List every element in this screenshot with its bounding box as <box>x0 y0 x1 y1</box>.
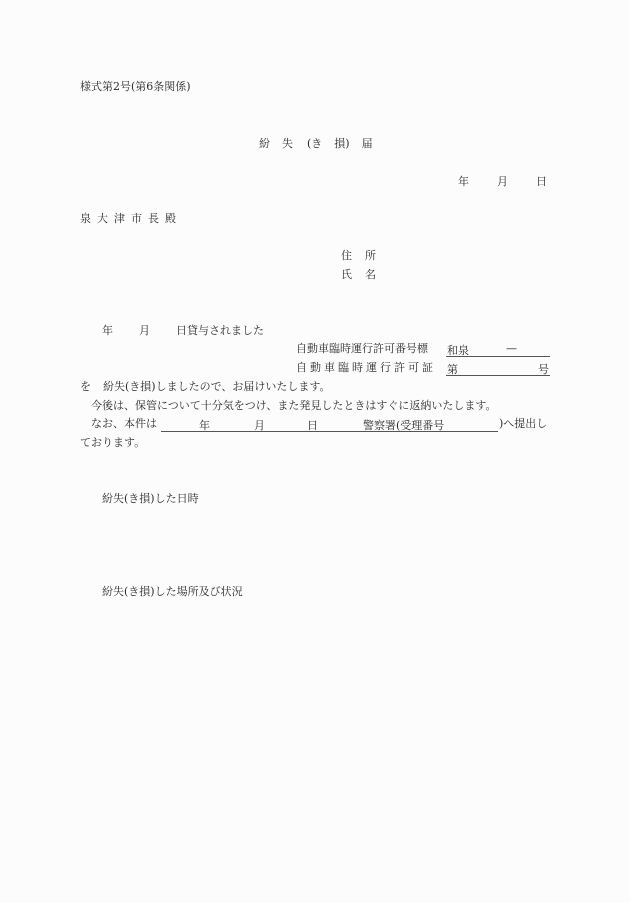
body-line-2: 今後は、保管について十分気をつけ、また発見したときはすぐに返納いたします。 <box>91 399 496 413</box>
name-label-char: 名 <box>365 268 376 281</box>
loss-place-circumstances-label: 紛失(き損)した場所及び状況 <box>102 585 243 599</box>
police-report-date-field[interactable]: 年 月 日 <box>161 417 337 432</box>
permit-label-char: 可 <box>408 361 419 374</box>
month-label: 月 <box>139 324 150 337</box>
address-label-char: 所 <box>365 249 376 262</box>
permit-label-char: 運 <box>366 361 377 374</box>
addressee-char: 市 <box>131 212 142 225</box>
name-label-char: 氏 <box>341 268 352 281</box>
particle: を <box>80 380 91 393</box>
addressee-char: 殿 <box>165 212 176 225</box>
year-label: 年 <box>458 175 469 188</box>
body-line-3-end: )へ提出し <box>499 417 547 431</box>
plate-number-field[interactable]: 和泉 — <box>446 342 550 357</box>
lent-date-line: 年月日貸与されました <box>102 324 264 338</box>
addressee-char: 長 <box>148 212 159 225</box>
year-label: 年 <box>199 417 210 433</box>
day-label: 日 <box>307 417 318 433</box>
plate-dash: — <box>506 342 517 355</box>
permit-prefix: 第 <box>447 361 458 377</box>
month-label: 月 <box>497 175 508 188</box>
day-label: 日 <box>536 175 547 188</box>
permit-label-char: 行 <box>380 361 391 374</box>
permit-label-char: 車 <box>324 361 335 374</box>
permit-label-char: 動 <box>310 361 321 374</box>
body-line-1: を紛失(き損)しましたので、お届けいたします。 <box>80 380 330 394</box>
loss-place-circumstances-field[interactable] <box>102 603 552 803</box>
title-char: 届 <box>362 137 373 150</box>
permit-label-char: 証 <box>422 361 433 374</box>
plate-prefix: 和泉 <box>447 342 469 358</box>
loss-datetime-label: 紛失(き損)した日時 <box>102 492 199 506</box>
addressee-char: 泉 <box>80 212 91 225</box>
title-char: 紛 <box>259 137 270 150</box>
addressee-char: 大 <box>97 212 108 225</box>
name-label: 氏名 <box>341 268 376 282</box>
address-label: 住所 <box>341 249 376 263</box>
permit-label-char: 自 <box>296 361 307 374</box>
addressee-char: 津 <box>114 212 125 225</box>
year-label: 年 <box>102 324 113 337</box>
form-number: 様式第2号(第6条関係) <box>80 80 191 94</box>
permit-label: 自動車臨時運行許可証 <box>296 361 433 375</box>
body-line-4: ております。 <box>80 436 145 450</box>
loss-datetime-field[interactable] <box>102 510 552 580</box>
report-statement: 紛失(き損)しましたので、お届けいたします。 <box>103 380 330 393</box>
permit-suffix: 号 <box>538 361 549 377</box>
police-station-label: 警察署(受理番号 <box>363 417 444 433</box>
plate-label: 自動車臨時運行許可番号標 <box>296 342 428 356</box>
month-label: 月 <box>254 417 265 433</box>
permit-label-char: 臨 <box>338 361 349 374</box>
lent-text: 日貸与されました <box>176 324 264 337</box>
submission-date: 年月日 <box>458 175 547 189</box>
body-line-3-start: なお、本件は <box>91 417 157 431</box>
title-char: 損) <box>334 137 349 150</box>
permit-label-char: 許 <box>394 361 405 374</box>
address-label-char: 住 <box>341 249 352 262</box>
document-title: 紛失(き損)届 <box>259 137 373 151</box>
addressee: 泉大津市長殿 <box>80 212 176 226</box>
permit-number-field[interactable]: 第 号 <box>446 361 550 376</box>
title-char: 失 <box>282 137 293 150</box>
title-char: (き <box>307 137 322 150</box>
police-receipt-number-field[interactable]: 警察署(受理番号 <box>337 417 498 432</box>
permit-label-char: 時 <box>352 361 363 374</box>
